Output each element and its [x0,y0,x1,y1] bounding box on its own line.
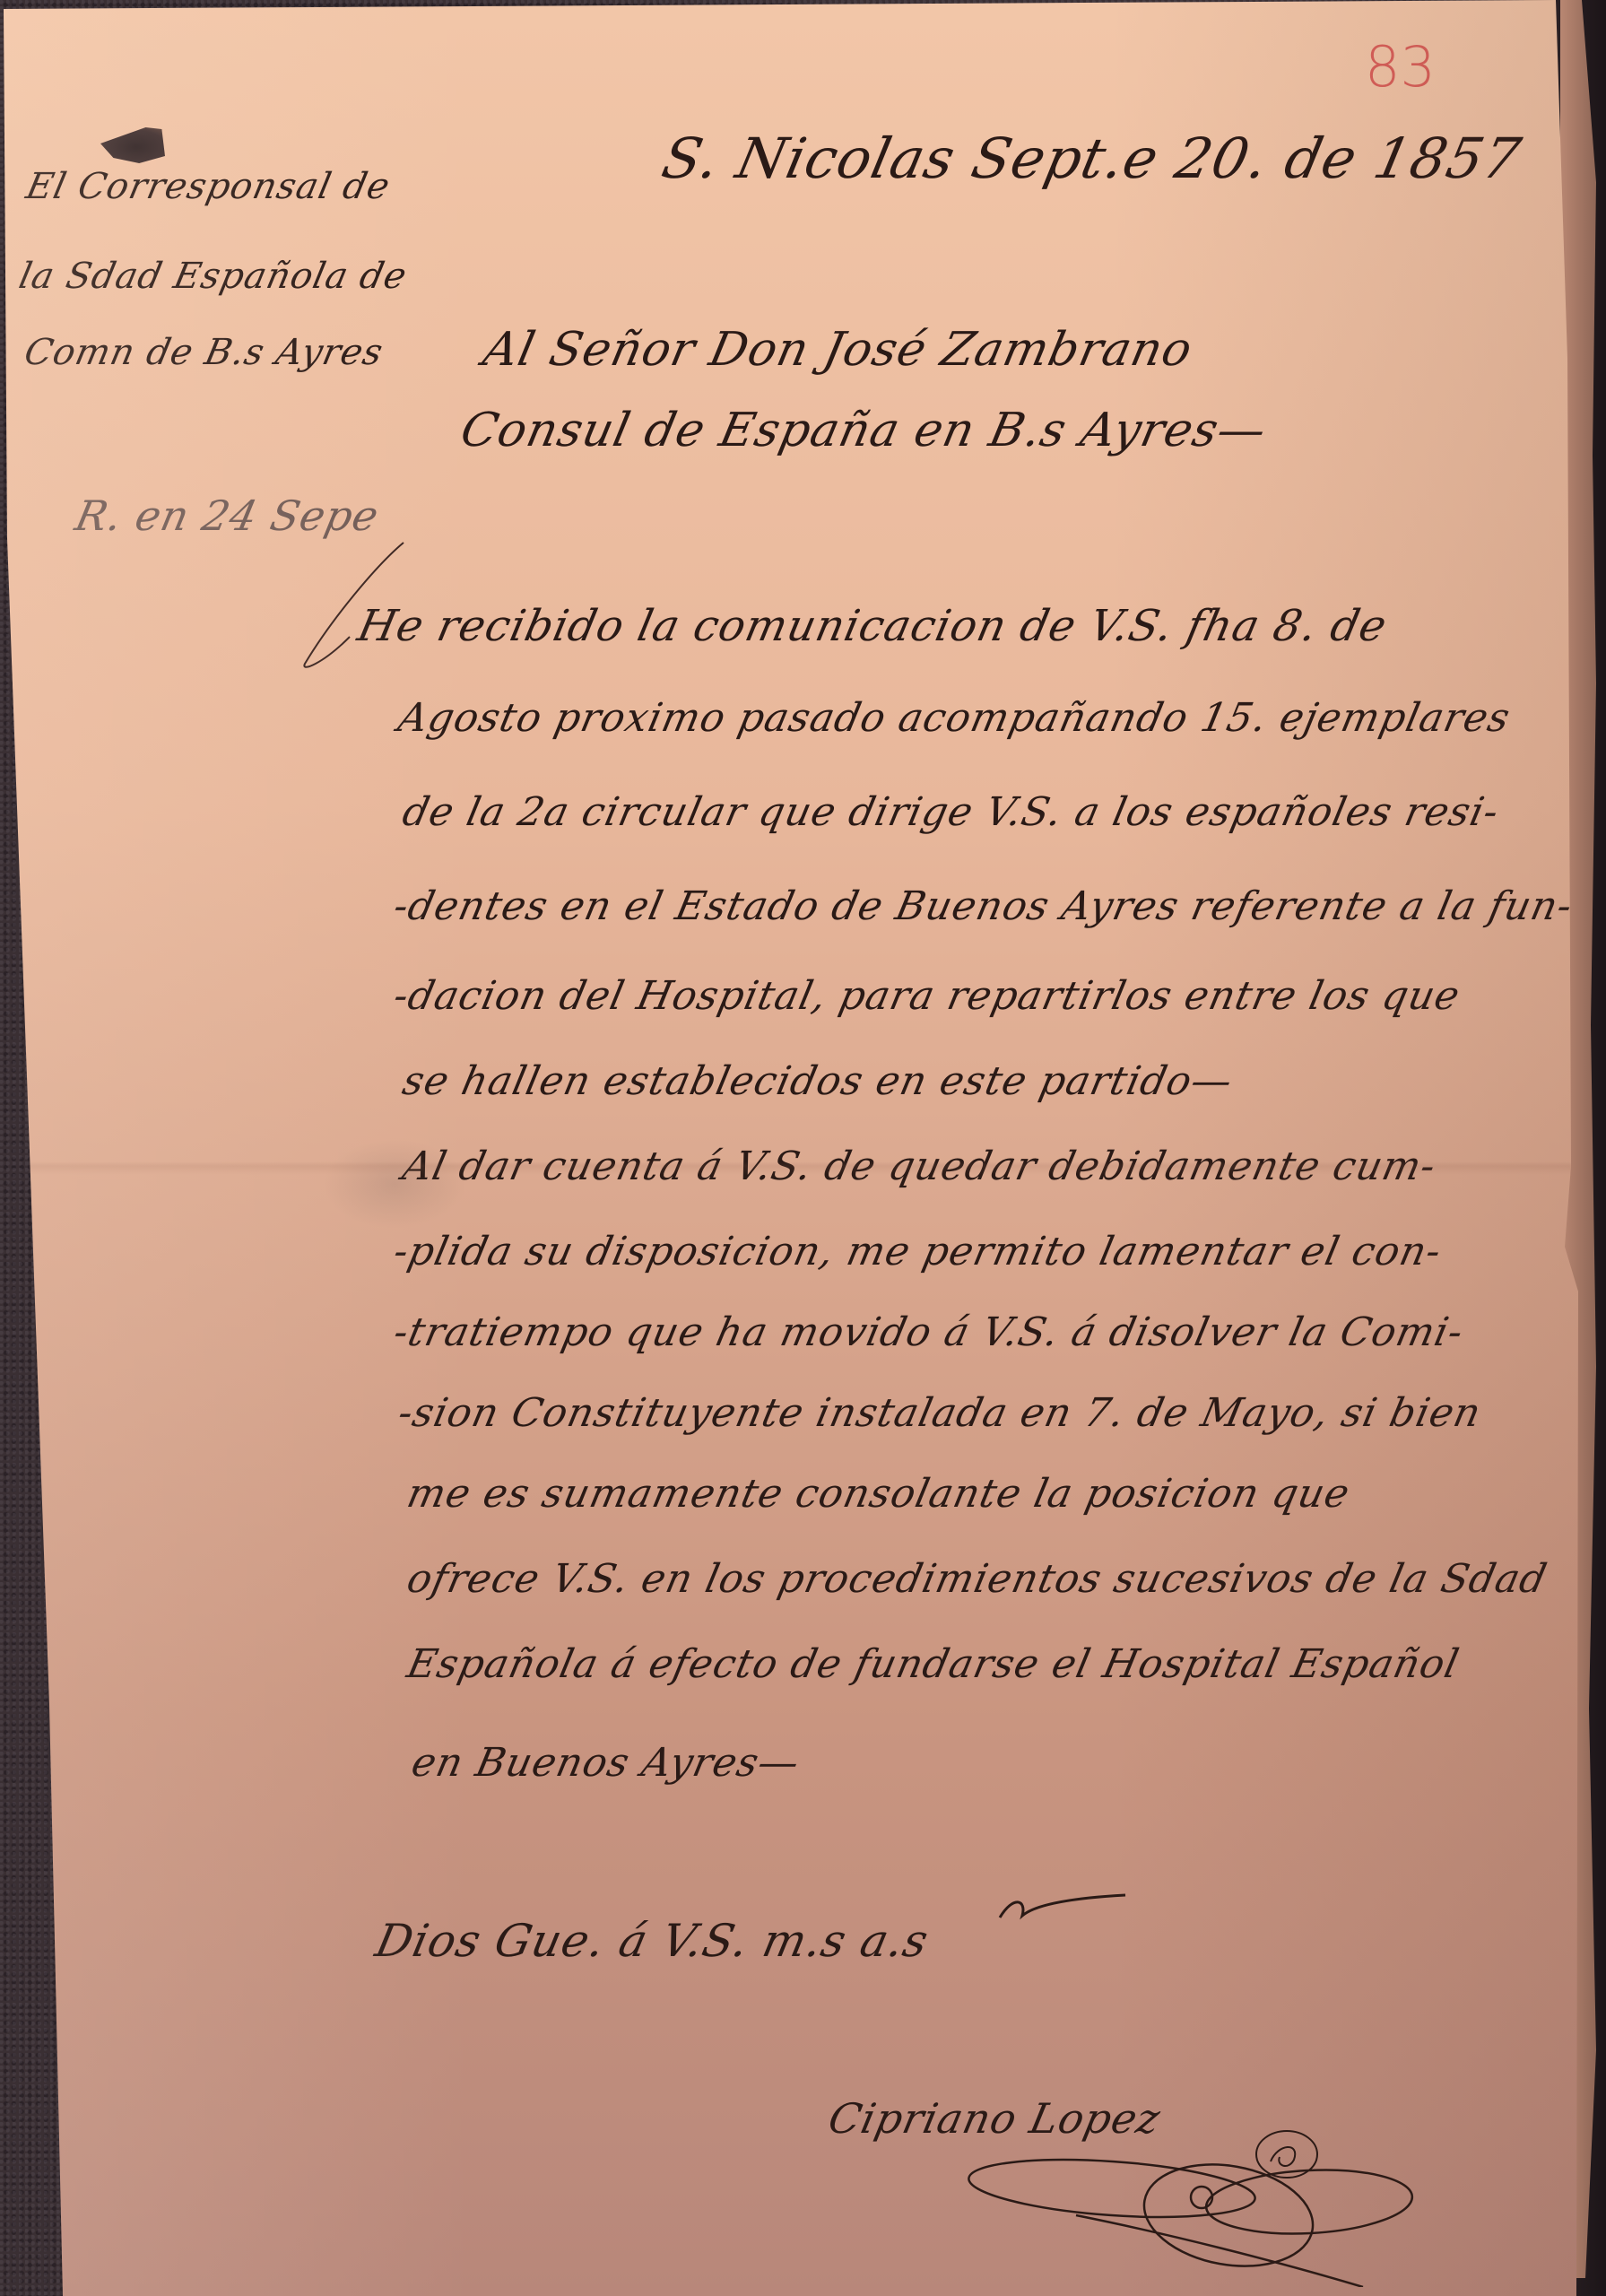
folio-number: 83 [1365,34,1436,100]
body-line-5: -dacion del Hospital, para repartirlos e… [390,973,1464,1019]
margin-heading-line-2: la Sdad Española de [15,256,411,297]
body-line-3: de la 2a circular que dirige V.S. a los … [399,789,1504,835]
body-line-7: Al dar cuenta á V.S. de quedar debidamen… [399,1144,1441,1189]
margin-heading-line-1: El Corresponsal de [22,166,394,207]
body-line-12: ofrece V.S. en los procedimientos sucesi… [404,1556,1551,1602]
signature-flourish-icon [933,2152,1417,2287]
body-line-14: en Buenos Ayres— [408,1740,804,1786]
body-line-9: -tratiempo que ha movido á V.S. á disolv… [390,1309,1468,1355]
letter-page: 83 El Corresponsal de la Sdad Española d… [0,0,1583,2296]
closing-flourish-icon [995,1891,1130,1926]
burn-hole [100,127,165,163]
body-line-2: Agosto proximo pasado acompañando 15. ej… [395,695,1515,741]
body-line-13: Española á efecto de fundarse el Hospita… [404,1641,1463,1687]
body-line-6: se hallen establecidos en este partido— [399,1058,1237,1104]
margin-heading-line-3: Comn de B.s Ayres [21,332,386,373]
body-line-10: -sion Constituyente instalada en 7. de M… [395,1390,1486,1436]
body-line-8: -plida su disposicion, me permito lament… [390,1229,1446,1274]
dateline: S. Nicolas Sept.e 20. de 1857 [656,126,1527,191]
body-line-4: -dentes en el Estado de Buenos Ayres ref… [390,883,1577,929]
address-line-1: Al Señor Don José Zambrano [479,323,1198,377]
body-line-1: He recibido la comunicacion de V.S. fha … [353,601,1392,651]
address-line-2: Consul de España en B.s Ayres— [456,404,1272,457]
received-note: R. en 24 Sepe [71,491,383,540]
body-line-11: me es sumamente consolante la posicion q… [404,1471,1354,1517]
signature-name: Cipriano Lopez [824,2094,1165,2143]
closing-salutation: Dios Gue. á V.S. m.s a.s [371,1915,933,1967]
